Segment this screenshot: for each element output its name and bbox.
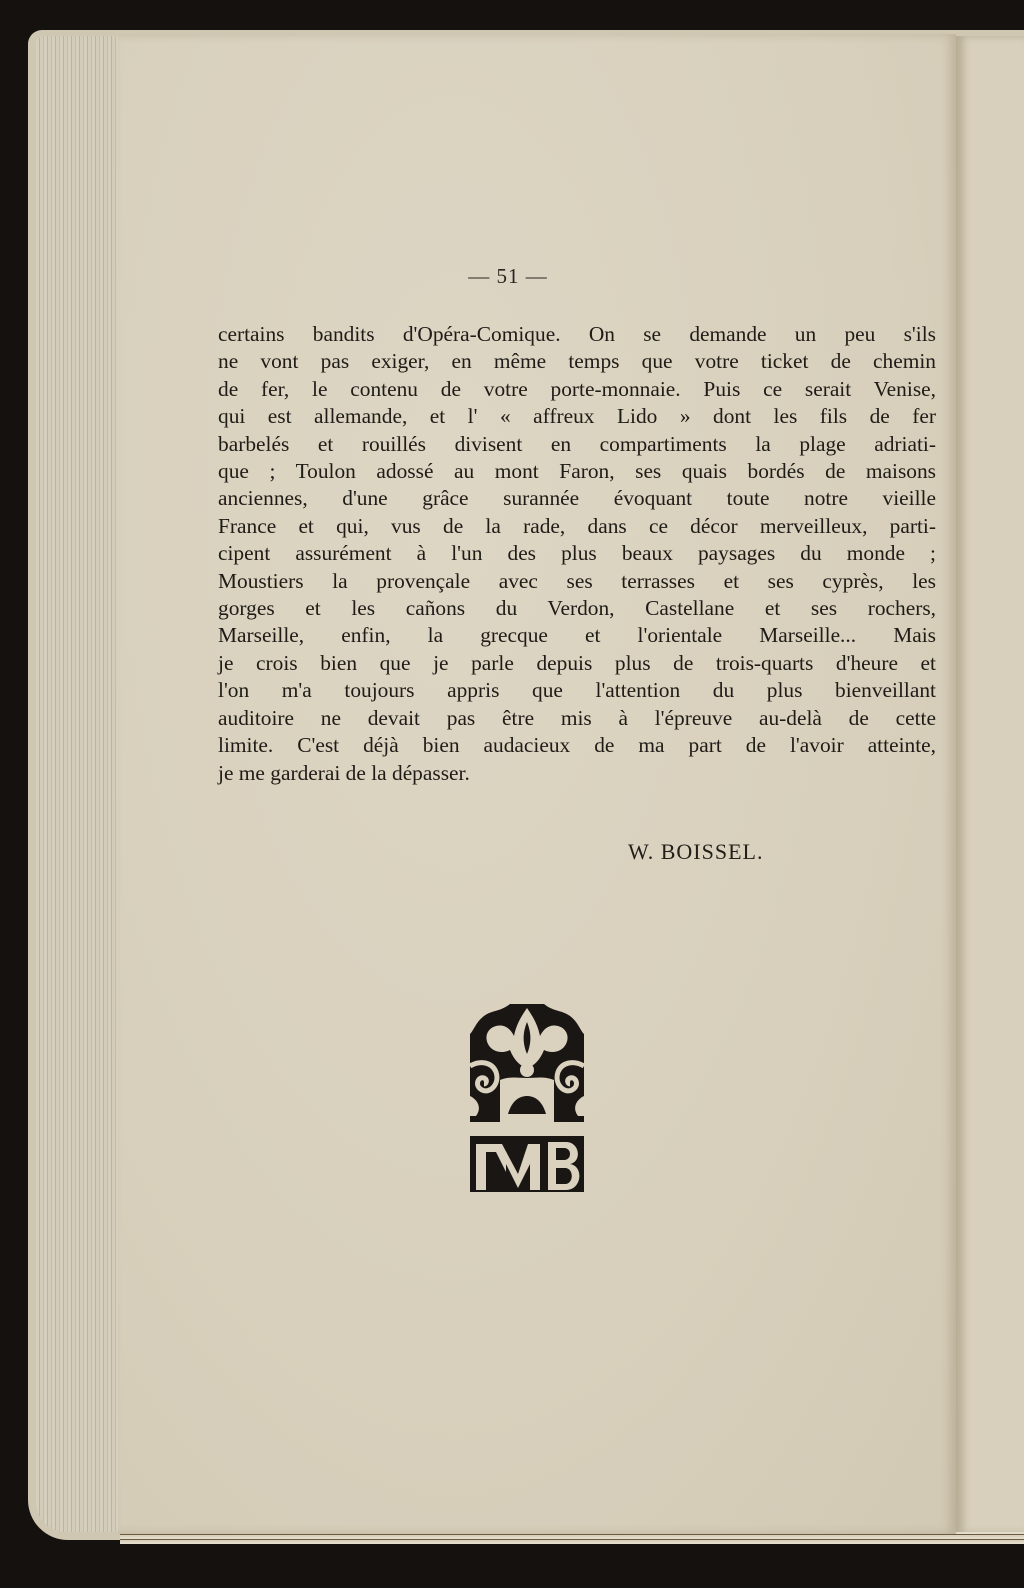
text-line: auditoire ne devait pas être mis à l'épr… xyxy=(218,705,936,732)
text-line: Moustiers la provençale avec ses terrass… xyxy=(218,568,936,595)
text-line: ne vont pas exiger, en même temps que vo… xyxy=(218,348,936,375)
text-line: cipent assurément à l'un des plus beaux … xyxy=(218,540,936,567)
text-line: je me garderai de la dépasser. xyxy=(218,760,936,787)
text-line: gorges et les cañons du Verdon, Castella… xyxy=(218,595,936,622)
printer-mark-fleur-icon xyxy=(470,1004,584,1192)
text-line: je crois bien que je parle depuis plus d… xyxy=(218,650,936,677)
text-line: limite. C'est déjà bien audacieux de ma … xyxy=(218,732,936,759)
text-line: l'on m'a toujours appris que l'attention… xyxy=(218,677,936,704)
text-line: anciennes, d'une grâce surannée évoquant… xyxy=(218,485,936,512)
text-line: qui est allemande, et l' « affreux Lido … xyxy=(218,403,936,430)
page-edges xyxy=(36,36,122,1532)
text-line: que ; Toulon adossé au mont Faron, ses q… xyxy=(218,458,936,485)
text-line: barbelés et rouillés divisent en compart… xyxy=(218,431,936,458)
body-paragraph: certains bandits d'Opéra-Comique. On se … xyxy=(218,321,936,787)
author-signature: W. BOISSEL. xyxy=(628,839,763,865)
text-line: Marseille, enfin, la grecque et l'orient… xyxy=(218,622,936,649)
book-page: — 51 — certains bandits d'Opéra-Comique.… xyxy=(118,34,956,1534)
facing-page-edge xyxy=(956,36,1024,1534)
page-number: — 51 — xyxy=(118,264,898,289)
text-line: France et qui, vus de la rade, dans ce d… xyxy=(218,513,936,540)
text-line: de fer, le contenu de votre porte-monnai… xyxy=(218,376,936,403)
text-line: certains bandits d'Opéra-Comique. On se … xyxy=(218,321,936,348)
